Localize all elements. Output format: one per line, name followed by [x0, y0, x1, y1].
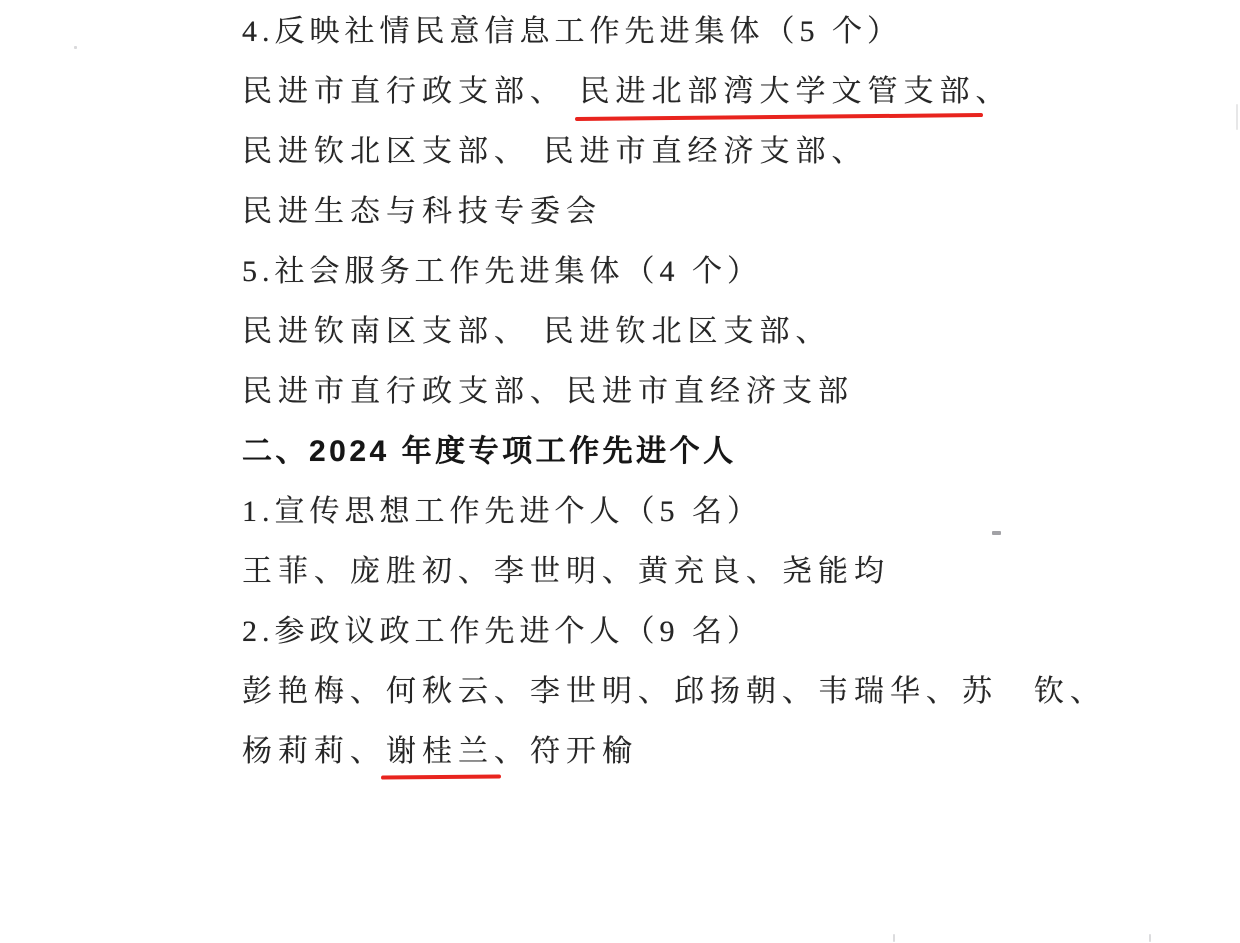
scan-speck [74, 46, 77, 49]
award-group-4-names-line-3: 民进生态与科技专委会 [242, 182, 1200, 242]
scan-speck [1236, 104, 1238, 130]
award-group-4-names-line-2: 民进钦北区支部、 民进市直经济支部、 [242, 122, 1200, 182]
award-group-4-names-line-1: 民进市直行政支部、 民进北部湾大学文管支部、 [242, 62, 1200, 122]
award-group-5-names-line-1: 民进钦南区支部、 民进钦北区支部、 [242, 302, 1200, 362]
person-award-1-names: 王菲、庞胜初、李世明、黄充良、尧能均 [242, 542, 1200, 602]
highlighted-person-xie-guilan: 谢桂兰 [386, 722, 494, 782]
person-2-names-pre: 杨莉莉、 [242, 735, 386, 768]
person-award-2-names-line-1: 彭艳梅、何秋云、李世明、邱扬朝、韦瑞华、苏 钦、 [242, 662, 1200, 722]
person-2-names-post: 、符开榆 [494, 735, 638, 768]
person-award-2-names-line-2: 杨莉莉、谢桂兰、符开榆 [242, 722, 1200, 782]
document-body: 4.反映社情民意信息工作先进集体（5 个） 民进市直行政支部、 民进北部湾大学文… [242, 2, 1200, 782]
scan-speck [992, 531, 1001, 535]
scan-speck [893, 934, 895, 942]
award-group-4-heading: 4.反映社情民意信息工作先进集体（5 个） [242, 2, 1200, 62]
person-award-2-heading: 2.参政议政工作先进个人（9 名） [242, 602, 1200, 662]
award-4-names-post: 、 [976, 75, 1012, 108]
highlighted-org-beibuwan-university-branch: 民进北部湾大学文管支部 [580, 62, 976, 122]
scan-speck [1149, 934, 1151, 942]
person-award-1-heading: 1.宣传思想工作先进个人（5 名） [242, 482, 1200, 542]
section-2-heading: 二、2024 年度专项工作先进个人 [242, 422, 1200, 482]
award-4-names-pre: 民进市直行政支部、 [242, 75, 580, 108]
award-group-5-names-line-2: 民进市直行政支部、民进市直经济支部 [242, 362, 1200, 422]
award-group-5-heading: 5.社会服务工作先进集体（4 个） [242, 242, 1200, 302]
